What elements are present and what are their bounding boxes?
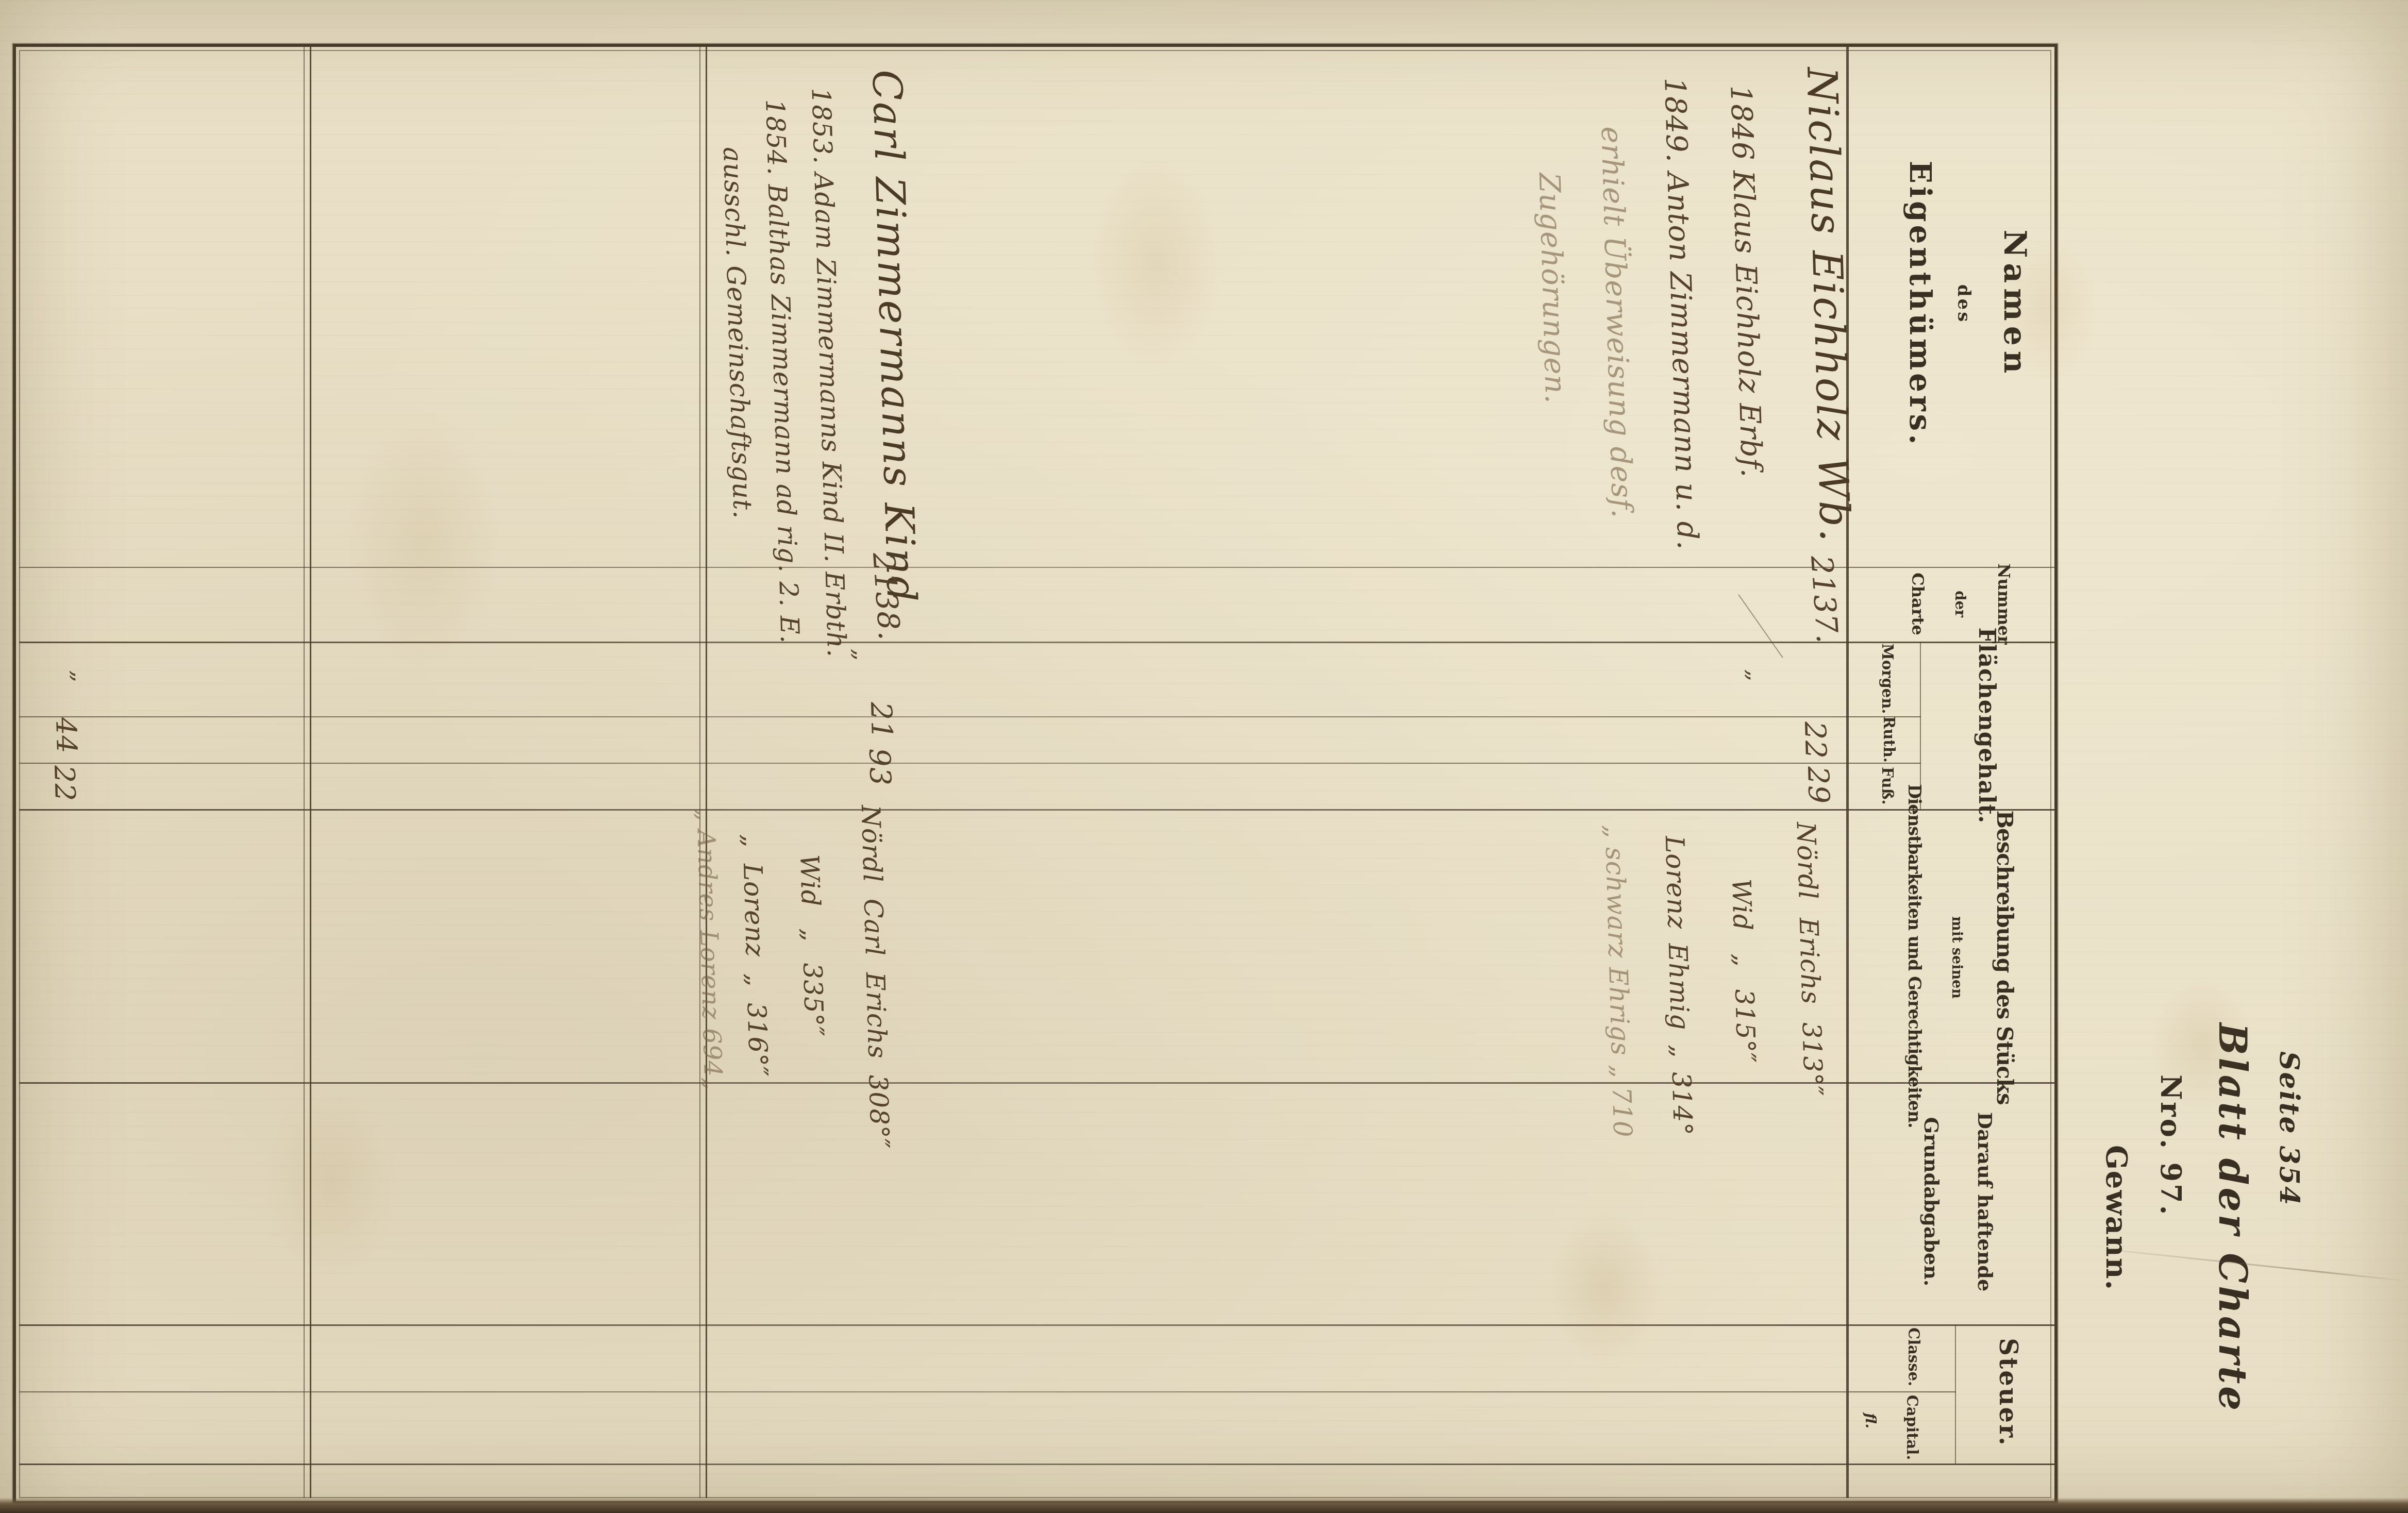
header-abgaben-line1: Darauf haftende bbox=[1974, 1112, 1997, 1291]
header-morgen: Morgen. bbox=[1879, 644, 1896, 714]
header-nummer-line2: der bbox=[1952, 591, 1969, 617]
parcel2-ruth: 21 bbox=[864, 701, 898, 740]
col-line-abgaben-steuer bbox=[19, 1324, 2058, 1326]
parcel1-fuss: 29 bbox=[1801, 766, 1835, 804]
header-classe: Classe. bbox=[1905, 1327, 1922, 1386]
parcel2-charte-number: 2138. bbox=[866, 551, 907, 642]
parcel1-beschreibung-line2: Wid „ 315°″ bbox=[1726, 878, 1761, 1064]
header-beschreibung-line3: Dienstbarkeiten und Gerechtigkeiten. bbox=[1904, 784, 1925, 1128]
paper-crease bbox=[2120, 1250, 2407, 1282]
header-namen-line2: des bbox=[1953, 284, 1974, 324]
col-line-nummer-flaeche bbox=[19, 642, 2058, 643]
gewann-label: Gewann. bbox=[2099, 1145, 2133, 1291]
header-nummer-line3: Charte bbox=[1908, 573, 1928, 635]
col-line-namen-nummer bbox=[19, 567, 2058, 568]
header-fuss: Fuß. bbox=[1879, 767, 1896, 804]
ledger-sheet-portrait: Seite 354 Blatt der Charte Nro. 97. Gewa… bbox=[0, 0, 2408, 1513]
steuer-subheader-line bbox=[1955, 1324, 1956, 1464]
nro-number: Nro. 97. bbox=[2154, 1074, 2187, 1217]
blatt-der-charte-title: Blatt der Charte bbox=[2210, 1023, 2254, 1413]
row-line-1 bbox=[706, 44, 707, 1498]
col-line-beschreibung-abgaben bbox=[19, 1082, 2058, 1084]
header-namen-line3: Eigenthümers. bbox=[1903, 161, 1938, 448]
header-capital: Capital. bbox=[1903, 1395, 1921, 1460]
col-line-steuer-rightedge bbox=[19, 1464, 2058, 1465]
header-beschreibung-line2: mit seinen bbox=[1949, 916, 1965, 999]
owner-line-5: Zugehörungen. bbox=[1532, 172, 1572, 404]
scanned-ledger-page: Seite 354 Blatt der Charte Nro. 97. Gewa… bbox=[0, 0, 2408, 1513]
row-line-1b bbox=[699, 44, 700, 1498]
header-steuer: Steuer. bbox=[1994, 1338, 2022, 1447]
sum-morgen: „ bbox=[67, 669, 95, 683]
header-namen-line1: Namen bbox=[1997, 229, 2033, 378]
sum-fuss: 22 bbox=[48, 765, 81, 802]
row-line-2b bbox=[304, 44, 305, 1498]
page-number-seite: Seite 354 bbox=[2273, 1051, 2305, 1206]
parcel1-morgen: „ bbox=[1742, 668, 1770, 682]
row-line-2 bbox=[310, 44, 311, 1498]
header-flaechengehalt: Flächengehalt. bbox=[1974, 628, 2000, 824]
header-abgaben-line2: Grundabgaben. bbox=[1920, 1117, 1943, 1286]
header-florin-unit: fl. bbox=[1862, 1413, 1879, 1428]
parcel2-beschreibung-line2: Wid „ 335°″ bbox=[794, 854, 829, 1037]
header-beschreibung-line1: Beschreibung des Stücks bbox=[1992, 810, 2017, 1104]
parcel1-charte-number: 2137. bbox=[1804, 554, 1845, 645]
sum-ruth: 44 bbox=[49, 717, 83, 754]
parcel2-morgen: „ bbox=[848, 648, 877, 661]
parcel2-fuss: 93 bbox=[862, 748, 897, 786]
parcel1-ruth: 22 bbox=[1798, 721, 1832, 760]
book-edge-shadow bbox=[0, 1498, 2408, 1513]
col-line-flaeche-beschreibung bbox=[19, 809, 2058, 811]
header-ruth: Ruth. bbox=[1880, 716, 1898, 763]
